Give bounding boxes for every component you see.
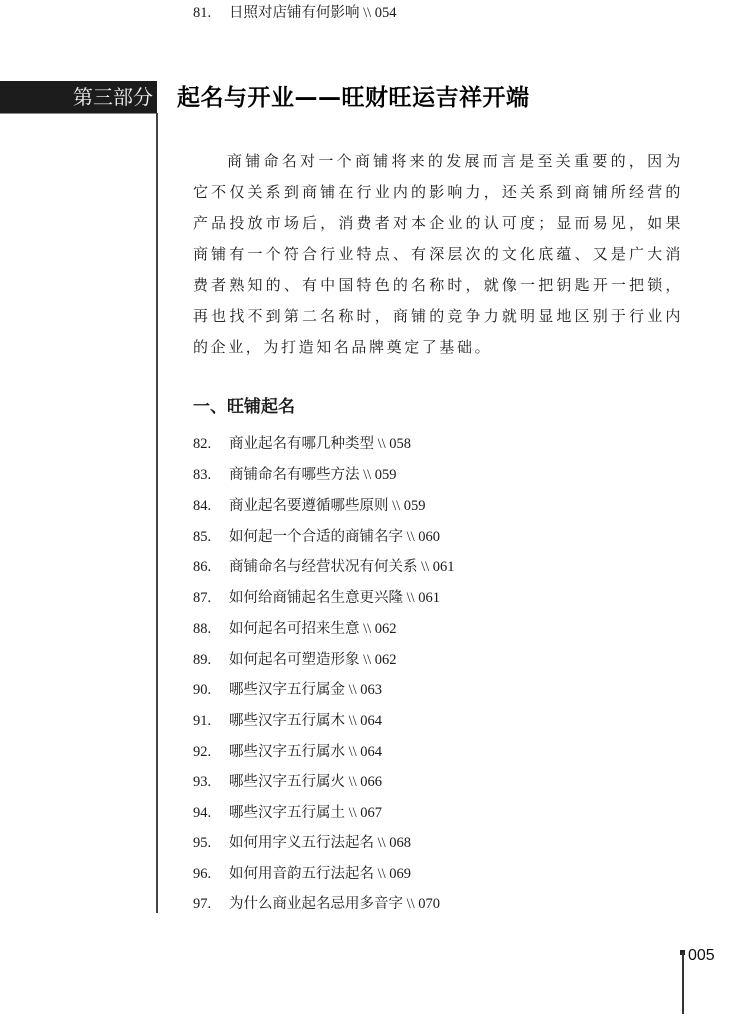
toc-item-title: 如何起名可塑造形象 \\ 062 bbox=[229, 652, 397, 668]
toc-item-previous[interactable]: 81.日照对店铺有何影响 \\ 054 bbox=[193, 3, 397, 23]
toc-item[interactable]: 96.如何用音韵五行法起名 \\ 069 bbox=[193, 864, 411, 884]
toc-item[interactable]: 83.商铺命名有哪些方法 \\ 059 bbox=[193, 465, 397, 485]
section-heading: 一、旺铺起名 bbox=[193, 394, 295, 420]
toc-item-title: 商铺命名有哪些方法 \\ 059 bbox=[229, 467, 397, 483]
toc-item-number: 95. bbox=[193, 833, 229, 853]
folio-vertical-rule bbox=[682, 952, 684, 1014]
toc-item-number: 86. bbox=[193, 557, 229, 577]
toc-item-title: 哪些汉字五行属水 \\ 064 bbox=[229, 744, 382, 760]
toc-item[interactable]: 90.哪些汉字五行属金 \\ 063 bbox=[193, 680, 382, 700]
toc-item-title: 商业起名要遵循哪些原则 \\ 059 bbox=[229, 498, 426, 514]
toc-item-number: 96. bbox=[193, 864, 229, 884]
toc-item-title: 哪些汉字五行属木 \\ 064 bbox=[229, 713, 382, 729]
toc-item[interactable]: 88.如何起名可招来生意 \\ 062 bbox=[193, 619, 397, 639]
margin-vertical-rule bbox=[156, 113, 158, 913]
toc-item-title: 如何起名可招来生意 \\ 062 bbox=[229, 621, 397, 637]
toc-item-title: 商业起名有哪几种类型 \\ 058 bbox=[229, 436, 411, 452]
toc-item[interactable]: 94.哪些汉字五行属土 \\ 067 bbox=[193, 803, 382, 823]
toc-item-number: 92. bbox=[193, 742, 229, 762]
toc-item[interactable]: 97.为什么商业起名忌用多音字 \\ 070 bbox=[193, 894, 440, 914]
toc-item-title: 商铺命名与经营状况有何关系 \\ 061 bbox=[229, 559, 455, 575]
toc-item-number: 85. bbox=[193, 527, 229, 547]
toc-item-number: 89. bbox=[193, 650, 229, 670]
toc-item-number: 88. bbox=[193, 619, 229, 639]
toc-item[interactable]: 82.商业起名有哪几种类型 \\ 058 bbox=[193, 434, 411, 454]
toc-item-number: 93. bbox=[193, 772, 229, 792]
part-underline-divider bbox=[0, 113, 157, 114]
toc-item-number: 90. bbox=[193, 680, 229, 700]
toc-item-number: 81. bbox=[193, 3, 229, 23]
toc-item-title: 如何起一个合适的商铺名字 \\ 060 bbox=[229, 529, 440, 545]
part-banner: 第三部分 bbox=[0, 81, 157, 113]
chapter-title: 起名与开业——旺财旺运吉祥开端 bbox=[177, 82, 530, 114]
toc-item-title: 如何用字义五行法起名 \\ 068 bbox=[229, 835, 411, 851]
toc-item-number: 94. bbox=[193, 803, 229, 823]
toc-item[interactable]: 95.如何用字义五行法起名 \\ 068 bbox=[193, 833, 411, 853]
toc-item-title: 哪些汉字五行属火 \\ 066 bbox=[229, 774, 382, 790]
toc-item[interactable]: 93.哪些汉字五行属火 \\ 066 bbox=[193, 772, 382, 792]
toc-item-number: 91. bbox=[193, 711, 229, 731]
toc-item-number: 84. bbox=[193, 496, 229, 516]
toc-item[interactable]: 89.如何起名可塑造形象 \\ 062 bbox=[193, 650, 397, 670]
toc-item-title: 日照对店铺有何影响 \\ 054 bbox=[229, 5, 397, 21]
toc-item-number: 87. bbox=[193, 588, 229, 608]
page-number: 005 bbox=[688, 946, 715, 966]
intro-paragraph: 商铺命名对一个商铺将来的发展而言是至关重要的，因为它不仅关系到商铺在行业内的影响… bbox=[193, 146, 683, 363]
toc-item[interactable]: 87.如何给商铺起名生意更兴隆 \\ 061 bbox=[193, 588, 440, 608]
part-label: 第三部分 bbox=[73, 84, 153, 110]
toc-item-number: 82. bbox=[193, 434, 229, 454]
toc-item-title: 如何用音韵五行法起名 \\ 069 bbox=[229, 866, 411, 882]
toc-item-title: 为什么商业起名忌用多音字 \\ 070 bbox=[229, 896, 440, 912]
toc-item[interactable]: 84.商业起名要遵循哪些原则 \\ 059 bbox=[193, 496, 426, 516]
toc-item[interactable]: 86.商铺命名与经营状况有何关系 \\ 061 bbox=[193, 557, 455, 577]
toc-item[interactable]: 85.如何起一个合适的商铺名字 \\ 060 bbox=[193, 527, 440, 547]
toc-item[interactable]: 92.哪些汉字五行属水 \\ 064 bbox=[193, 742, 382, 762]
toc-item-title: 如何给商铺起名生意更兴隆 \\ 061 bbox=[229, 590, 440, 606]
toc-item-number: 97. bbox=[193, 894, 229, 914]
toc-item-title: 哪些汉字五行属土 \\ 067 bbox=[229, 805, 382, 821]
toc-item-number: 83. bbox=[193, 465, 229, 485]
toc-item[interactable]: 91.哪些汉字五行属木 \\ 064 bbox=[193, 711, 382, 731]
toc-item-title: 哪些汉字五行属金 \\ 063 bbox=[229, 682, 382, 698]
